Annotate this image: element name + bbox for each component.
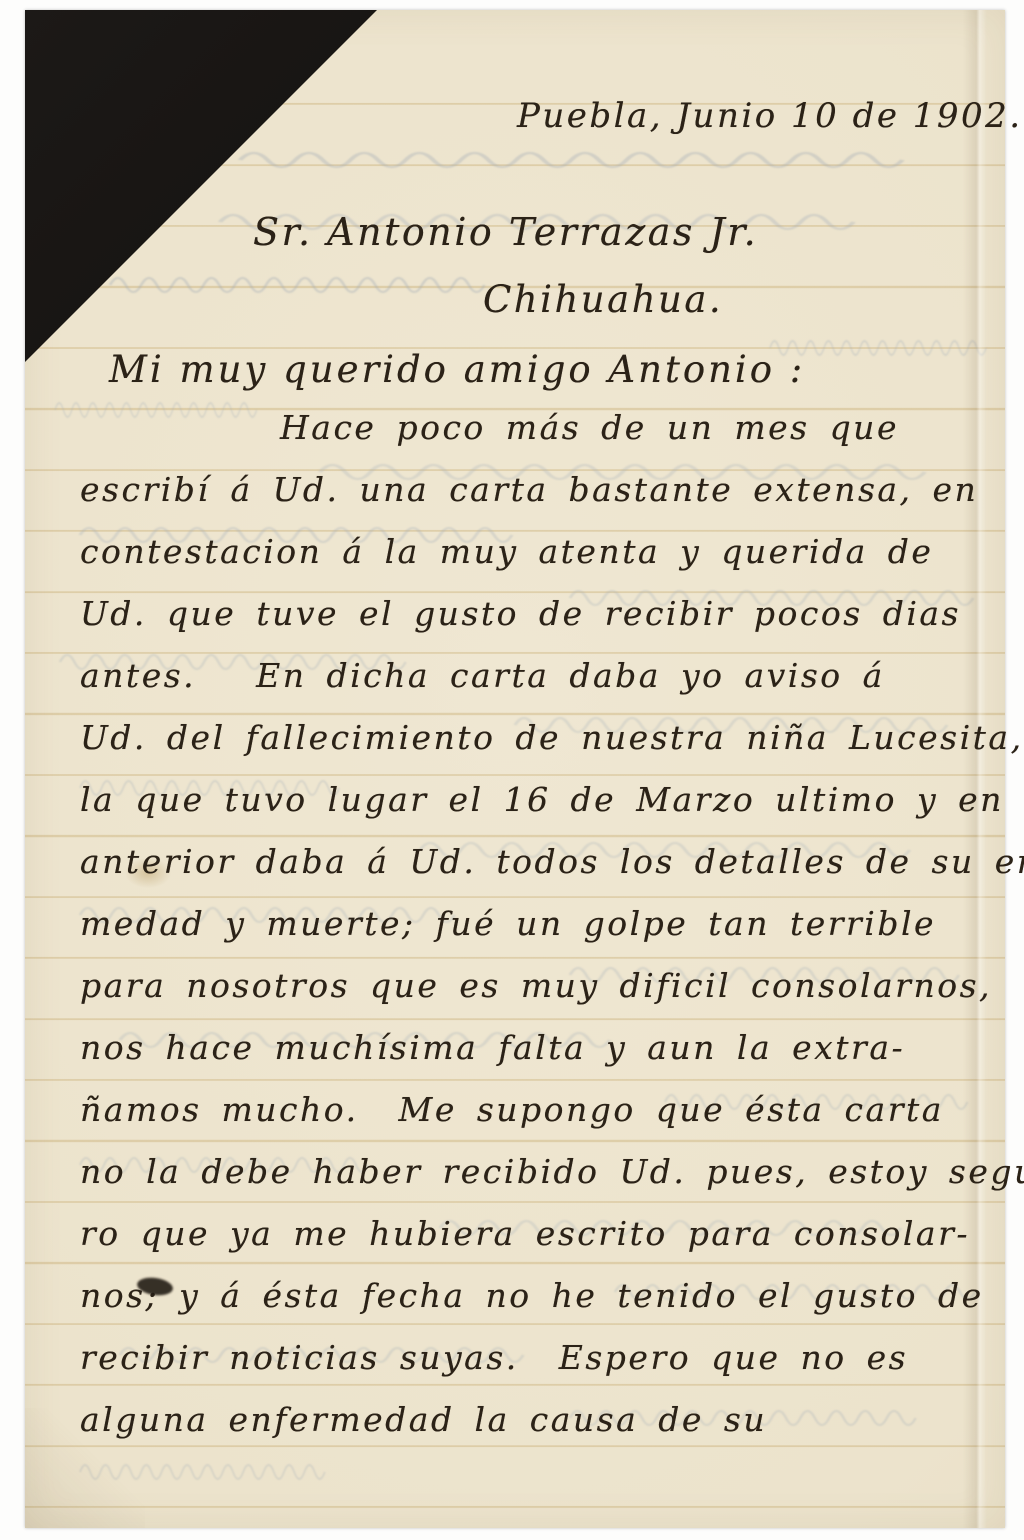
scanned-letter: Puebla, Junio 10 de 1902. Sr. Antonio Te… — [0, 0, 1024, 1540]
body-line: nos; y á ésta fecha no he tenido el gust… — [80, 1276, 984, 1315]
body-line: ñamos mucho. Me supongo que ésta carta — [80, 1090, 944, 1129]
body-line: Hace poco más de un mes que — [280, 408, 899, 447]
body-line: la que tuvo lugar el 16 de Marzo ultimo … — [80, 780, 1024, 819]
salutation: Mi muy querido amigo Antonio : — [109, 348, 805, 391]
body-line: ro que ya me hubiera escrito para consol… — [80, 1214, 970, 1253]
body-line: no la debe haber recibido Ud. pues, esto… — [80, 1152, 1024, 1191]
mourning-corner-band — [25, 10, 377, 362]
dateline: Puebla, Junio 10 de 1902. — [517, 96, 1023, 136]
recipient-city: Chihuahua. — [483, 278, 723, 321]
body-line: antes. En dicha carta daba yo aviso á — [80, 656, 885, 695]
body-line: Ud. que tuve el gusto de recibir pocos d… — [80, 594, 961, 633]
body-line: nos hace muchísima falta y aun la extra- — [80, 1028, 905, 1067]
body-line: anterior daba á Ud. todos los detalles d… — [80, 842, 1024, 881]
body-line: medad y muerte; fué un golpe tan terribl… — [80, 904, 936, 943]
body-line: recibir noticias suyas. Espero que no es — [80, 1338, 908, 1377]
body-line: Ud. del fallecimiento de nuestra niña Lu… — [80, 718, 1024, 757]
body-line: para nosotros que es muy dificil consola… — [80, 966, 992, 1005]
body-line: contestacion á la muy atenta y querida d… — [80, 532, 933, 571]
body-line: alguna enfermedad la causa de su — [80, 1400, 767, 1439]
letter-page: Puebla, Junio 10 de 1902. Sr. Antonio Te… — [25, 10, 1005, 1528]
recipient-name: Sr. Antonio Terrazas Jr. — [253, 210, 758, 254]
body-line: escribí á Ud. una carta bastante extensa… — [80, 470, 978, 509]
